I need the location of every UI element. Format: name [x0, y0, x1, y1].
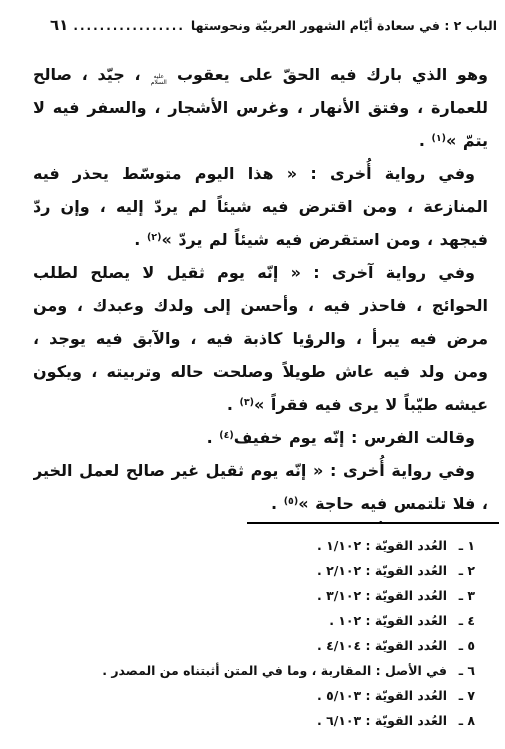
paragraph: وقالت الفرس : إنّه يوم خفيف(٤) .: [33, 421, 488, 454]
footnote-number: ٦ ـ: [457, 658, 475, 683]
text-run: وقالت الفرس : إنّه يوم خفيف: [234, 428, 475, 447]
footnote-item: ٨ ـالعُدد القويّة : ٦/١٠٣ .: [25, 708, 475, 733]
book-page: الباب ٢ : في سعادة أيّام الشهور العربيّة…: [0, 0, 505, 749]
footnote-item: ٤ ـالعُدد القويّة : ١٠٢ .: [25, 608, 475, 633]
footnote-ref: (١): [432, 133, 447, 144]
footnote-number: ٥ ـ: [457, 633, 475, 658]
footnote-text: العُدد القويّة : ١٠٢ .: [329, 608, 447, 633]
text-run: .: [227, 395, 240, 414]
text-run: .: [419, 131, 432, 150]
footnote-number: ٨ ـ: [457, 708, 475, 733]
footnote-text: العُدد القويّة : ٤/١٠٤ .: [317, 633, 447, 658]
footnote-item: ٢ ـالعُدد القويّة : ٢/١٠٢ .: [25, 558, 475, 583]
dotted-leader: ........................................…: [72, 19, 191, 33]
footnote-number: ١ ـ: [457, 533, 475, 558]
footnote-ref: (٢): [147, 232, 162, 243]
paragraph: وفي رواية أُخرى : « هذا اليوم متوسّط يحذ…: [33, 157, 488, 256]
footnote-ref: (٥): [284, 496, 299, 507]
footnote-ref: (٣): [239, 397, 254, 408]
text-run: .: [271, 494, 284, 513]
footnote-text: العُدد القويّة : ٥/١٠٣ .: [317, 683, 447, 708]
text-run: .: [207, 428, 220, 447]
footnote-text: العُدد القويّة : ١/١٠٢ .: [317, 533, 447, 558]
page-header: الباب ٢ : في سعادة أيّام الشهور العربيّة…: [50, 16, 497, 34]
page-number: ٦١: [50, 16, 72, 34]
footnote-text: العُدد القويّة : ٢/١٠٢ .: [317, 558, 447, 583]
footnote-number: ٣ ـ: [457, 583, 475, 608]
text-run: وفي رواية أُخرى : « إنّه يوم ثقيل غير صا…: [33, 461, 488, 513]
honorific-mark: عليه السلام: [150, 74, 167, 87]
paragraph: وهو الذي بارك فيه الحقّ على يعقوب عليه ا…: [33, 58, 488, 157]
text-run: وفي رواية آخرى : « إنّه يوم ثقيل لا يصلح…: [33, 263, 488, 414]
footnote-item: ١ ـالعُدد القويّة : ١/١٠٢ .: [25, 533, 475, 558]
paragraph: وفي رواية أُخرى : « إنّه يوم ثقيل غير صا…: [33, 454, 488, 520]
chapter-title: الباب ٢ : في سعادة أيّام الشهور العربيّة…: [191, 18, 497, 33]
footnote-text: العُدد القويّة : ٦/١٠٣ .: [317, 708, 447, 733]
footnote-number: ٢ ـ: [457, 558, 475, 583]
footnote-text: في الأصل : المقاربة ، وما في المتن أثبتن…: [102, 658, 447, 683]
body-text: وهو الذي بارك فيه الحقّ على يعقوب عليه ا…: [33, 58, 488, 522]
footnote-item: ٦ ـفي الأصل : المقاربة ، وما في المتن أث…: [25, 658, 475, 683]
footnote-item: ٣ ـالعُدد القويّة : ٣/١٠٢ .: [25, 583, 475, 608]
footnote-item: ٧ ـالعُدد القويّة : ٥/١٠٣ .: [25, 683, 475, 708]
footnote-item: ٥ ـالعُدد القويّة : ٤/١٠٤ .: [25, 633, 475, 658]
text-run: وهو الذي بارك فيه الحقّ على يعقوب: [167, 65, 488, 84]
footnote-ref: (٤): [219, 430, 234, 441]
text-run: وفي رواية أُخرى : « هذا اليوم متوسّط يحذ…: [33, 164, 488, 249]
footnotes-section: ١ ـالعُدد القويّة : ١/١٠٢ .٢ ـالعُدد الق…: [25, 522, 499, 733]
footnote-text: العُدد القويّة : ٣/١٠٢ .: [317, 583, 447, 608]
text-run: .: [134, 230, 147, 249]
footnotes-list: ١ ـالعُدد القويّة : ١/١٠٢ .٢ ـالعُدد الق…: [25, 533, 499, 733]
footnote-number: ٤ ـ: [457, 608, 475, 633]
paragraph: وفي رواية آخرى : « إنّه يوم ثقيل لا يصلح…: [33, 256, 488, 421]
footnote-number: ٧ ـ: [457, 683, 475, 708]
footnote-separator: [247, 522, 499, 524]
